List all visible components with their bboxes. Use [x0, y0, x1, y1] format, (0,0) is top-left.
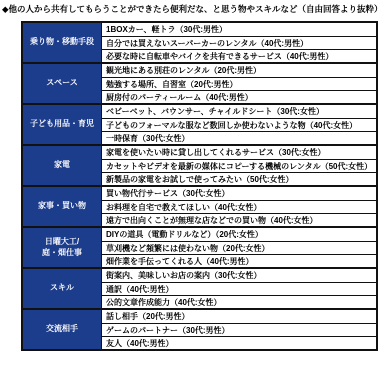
item-column: 街案内、美味しいお店の案内（30代:女性） 通訳（40代:男性） 公的文章作成能… — [102, 269, 376, 308]
share-items-table: 乗り物・移動手段 1BOXカー、軽トラ（30代:男性） 自分では買えないスーパー… — [21, 21, 378, 351]
category-cell: 乗り物・移動手段 — [23, 23, 102, 62]
survey-table-page: ◆他の人から共有してもらうことができたら便利だな、と思う物やスキルなど（自由回答… — [0, 0, 384, 373]
table-cell: 新製品の家電をお試しで使ってみたい（50代:女性） — [102, 172, 376, 185]
item-column: DIYの道具（電動ドリルなど）（20代:女性） 草刈機など頻繁には使わない物（2… — [102, 228, 376, 267]
table-cell: DIYの道具（電動ドリルなど）（20代:女性） — [102, 228, 376, 241]
table-row-group-kids: 子ども用品・育児 ベビーベット、バウンサー、チャイルドシート（30代:女性） 子… — [23, 103, 376, 144]
table-cell: 草刈機など頻繁には使わない物（20代:女性） — [102, 241, 376, 254]
category-cell: 交流相手 — [23, 310, 102, 349]
table-cell: 勉強する場所、自習室（20代:男性） — [102, 77, 376, 90]
table-cell: ゲームのパートナー（30代:男性） — [102, 323, 376, 336]
item-column: 1BOXカー、軽トラ（30代:男性） 自分では買えないスーパーカーのレンタル（4… — [102, 23, 376, 62]
table-row-group-vehicles: 乗り物・移動手段 1BOXカー、軽トラ（30代:男性） 自分では買えないスーパー… — [23, 23, 376, 62]
category-cell: 家電 — [23, 146, 102, 185]
table-row-group-companions: 交流相手 話し相手（20代:男性） ゲームのパートナー（30代:男性） 友人（4… — [23, 308, 376, 349]
table-row-group-appliances: 家電 家電を使いたい時に貸し出してくれるサービス（30代:女性） カセットやビデ… — [23, 144, 376, 185]
table-cell: 1BOXカー、軽トラ（30代:男性） — [102, 23, 376, 36]
item-column: ベビーベット、バウンサー、チャイルドシート（30代:女性） 子どものフォーマルな… — [102, 105, 376, 144]
category-cell: スペース — [23, 64, 102, 103]
table-cell: 厨房付のパーティールーム（40代:男性） — [102, 90, 376, 103]
item-column: 観光地にある別荘のレンタル（20代:男性） 勉強する場所、自習室（20代:男性）… — [102, 64, 376, 103]
item-column: 買い物代行サービス（30代:女性） お料理を自宅で教えてほしい（40代:女性） … — [102, 187, 376, 226]
table-cell: 一時保育（30代:女性） — [102, 131, 376, 144]
table-cell: 友人（40代:男性） — [102, 336, 376, 349]
category-cell: 日曜大工/ 庭・畑仕事 — [23, 228, 102, 267]
page-title: ◆他の人から共有してもらうことができたら便利だな、と思う物やスキルなど（自由回答… — [2, 4, 382, 15]
table-cell: カセットやビデオを最新の媒体にコピーする機械のレンタル（50代:女性） — [102, 159, 376, 172]
item-column: 話し相手（20代:男性） ゲームのパートナー（30代:男性） 友人（40代:男性… — [102, 310, 376, 349]
category-cell: 子ども用品・育児 — [23, 105, 102, 144]
table-cell: 必要な時に自転車やバイクを共有できるサービス（40代:男性） — [102, 49, 376, 62]
table-cell: 観光地にある別荘のレンタル（20代:男性） — [102, 64, 376, 77]
item-column: 家電を使いたい時に貸し出してくれるサービス（30代:女性） カセットやビデオを最… — [102, 146, 376, 185]
table-cell: 遠方で出向くことが無理な店などでの買い物（40代:女性） — [102, 213, 376, 226]
table-cell: 家電を使いたい時に貸し出してくれるサービス（30代:女性） — [102, 146, 376, 159]
table-cell: 買い物代行サービス（30代:女性） — [102, 187, 376, 200]
category-cell: スキル — [23, 269, 102, 308]
table-cell: 通訳（40代:男性） — [102, 282, 376, 295]
table-cell: ベビーベット、バウンサー、チャイルドシート（30代:女性） — [102, 105, 376, 118]
table-row-group-skills: スキル 街案内、美味しいお店の案内（30代:女性） 通訳（40代:男性） 公的文… — [23, 267, 376, 308]
table-cell: お料理を自宅で教えてほしい（40代:女性） — [102, 200, 376, 213]
category-cell: 家事・買い物 — [23, 187, 102, 226]
table-row-group-diy-garden: 日曜大工/ 庭・畑仕事 DIYの道具（電動ドリルなど）（20代:女性） 草刈機な… — [23, 226, 376, 267]
table-row-group-housework: 家事・買い物 買い物代行サービス（30代:女性） お料理を自宅で教えてほしい（4… — [23, 185, 376, 226]
table-cell: 子どものフォーマルな服など数回しか使わないような物（40代:女性） — [102, 118, 376, 131]
table-row-group-space: スペース 観光地にある別荘のレンタル（20代:男性） 勉強する場所、自習室（20… — [23, 62, 376, 103]
table-cell: 街案内、美味しいお店の案内（30代:女性） — [102, 269, 376, 282]
table-cell: 公的文章作成能力（40代:女性） — [102, 295, 376, 308]
table-cell: 畑作業を手伝ってくれる人（40代:男性） — [102, 254, 376, 267]
table-cell: 自分では買えないスーパーカーのレンタル（40代:男性） — [102, 36, 376, 49]
table-cell: 話し相手（20代:男性） — [102, 310, 376, 323]
